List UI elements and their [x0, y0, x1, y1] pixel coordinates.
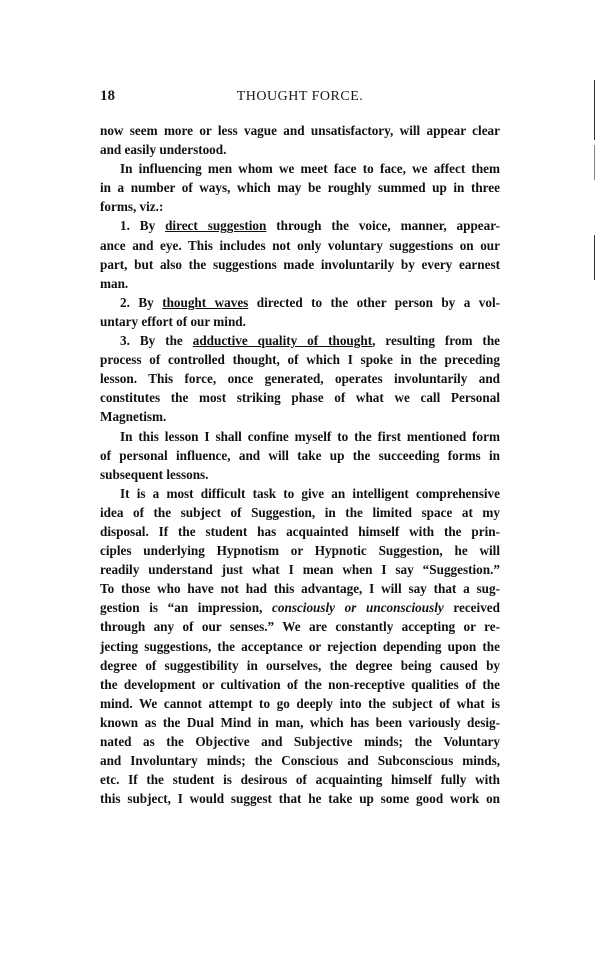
text-line: In influencing men whom we meet face to … [100, 159, 500, 178]
running-head: THOUGHT FORCE. [100, 89, 500, 105]
text-line: of personal influence, and will take up … [100, 446, 500, 465]
text-line: mind. We cannot attempt to go deeply int… [100, 694, 500, 713]
text-line: process of controlled thought, of which … [100, 350, 500, 369]
text-line: disposal. If the student has acquainted … [100, 522, 500, 541]
text-line: jecting suggestions, the acceptance or r… [100, 637, 500, 656]
text-line: It is a most difficult task to give an i… [100, 484, 500, 503]
text-line: 3. By the adductive quality of thought, … [100, 331, 500, 350]
text-line: ance and eye. This includes not only vol… [100, 236, 500, 255]
text-line: the development or cultivation of the no… [100, 675, 500, 694]
text-line: part, but also the suggestions made invo… [100, 255, 500, 274]
text-line: untary effort of our mind. [100, 312, 500, 331]
text-line: in a number of ways, which may be roughl… [100, 178, 500, 197]
book-page: 18 THOUGHT FORCE. now seem more or less … [0, 0, 600, 978]
text-line: and Involuntary minds; the Conscious and… [100, 751, 500, 770]
text-line: To those who have not had this advantage… [100, 579, 500, 598]
page-edge-mark [594, 235, 595, 280]
body-text: now seem more or less vague and unsatisf… [100, 121, 500, 808]
text-line: now seem more or less vague and unsatisf… [100, 121, 500, 140]
text-line: Magnetism. [100, 407, 500, 426]
text-line: constitutes the most striking phase of w… [100, 388, 500, 407]
text-line: ciples underlying Hypnotism or Hypnotic … [100, 541, 500, 560]
text-line: through any of our senses.” We are const… [100, 617, 500, 636]
text-line: lesson. This force, once generated, oper… [100, 369, 500, 388]
page-edge-mark [594, 145, 595, 180]
text-line: gestion is “an impression, consciously o… [100, 598, 500, 617]
text-line: known as the Dual Mind in man, which has… [100, 713, 500, 732]
text-line: 2. By thought waves directed to the othe… [100, 293, 500, 312]
text-line: forms, viz.: [100, 197, 500, 216]
text-line: readily understand just what I mean when… [100, 560, 500, 579]
text-line: man. [100, 274, 500, 293]
underlined-phrase: direct suggestion [165, 218, 266, 233]
text-line: and easily understood. [100, 140, 500, 159]
text-line: 1. By direct suggestion through the voic… [100, 216, 500, 235]
italic-phrase: consciously or unconsciously [272, 600, 444, 615]
page-header: 18 THOUGHT FORCE. [100, 88, 500, 108]
text-line: this subject, I would suggest that he ta… [100, 789, 500, 808]
underlined-phrase: thought waves [162, 295, 248, 310]
page-edge-mark [594, 80, 595, 140]
underlined-phrase: adductive quality of thought [193, 333, 372, 348]
text-line: subsequent lessons. [100, 465, 500, 484]
text-line: idea of the subject of Suggestion, in th… [100, 503, 500, 522]
text-line: etc. If the student is desirous of acqua… [100, 770, 500, 789]
text-line: nated as the Objective and Subjective mi… [100, 732, 500, 751]
text-line: degree of suggestibility in ourselves, t… [100, 656, 500, 675]
text-line: In this lesson I shall confine myself to… [100, 427, 500, 446]
